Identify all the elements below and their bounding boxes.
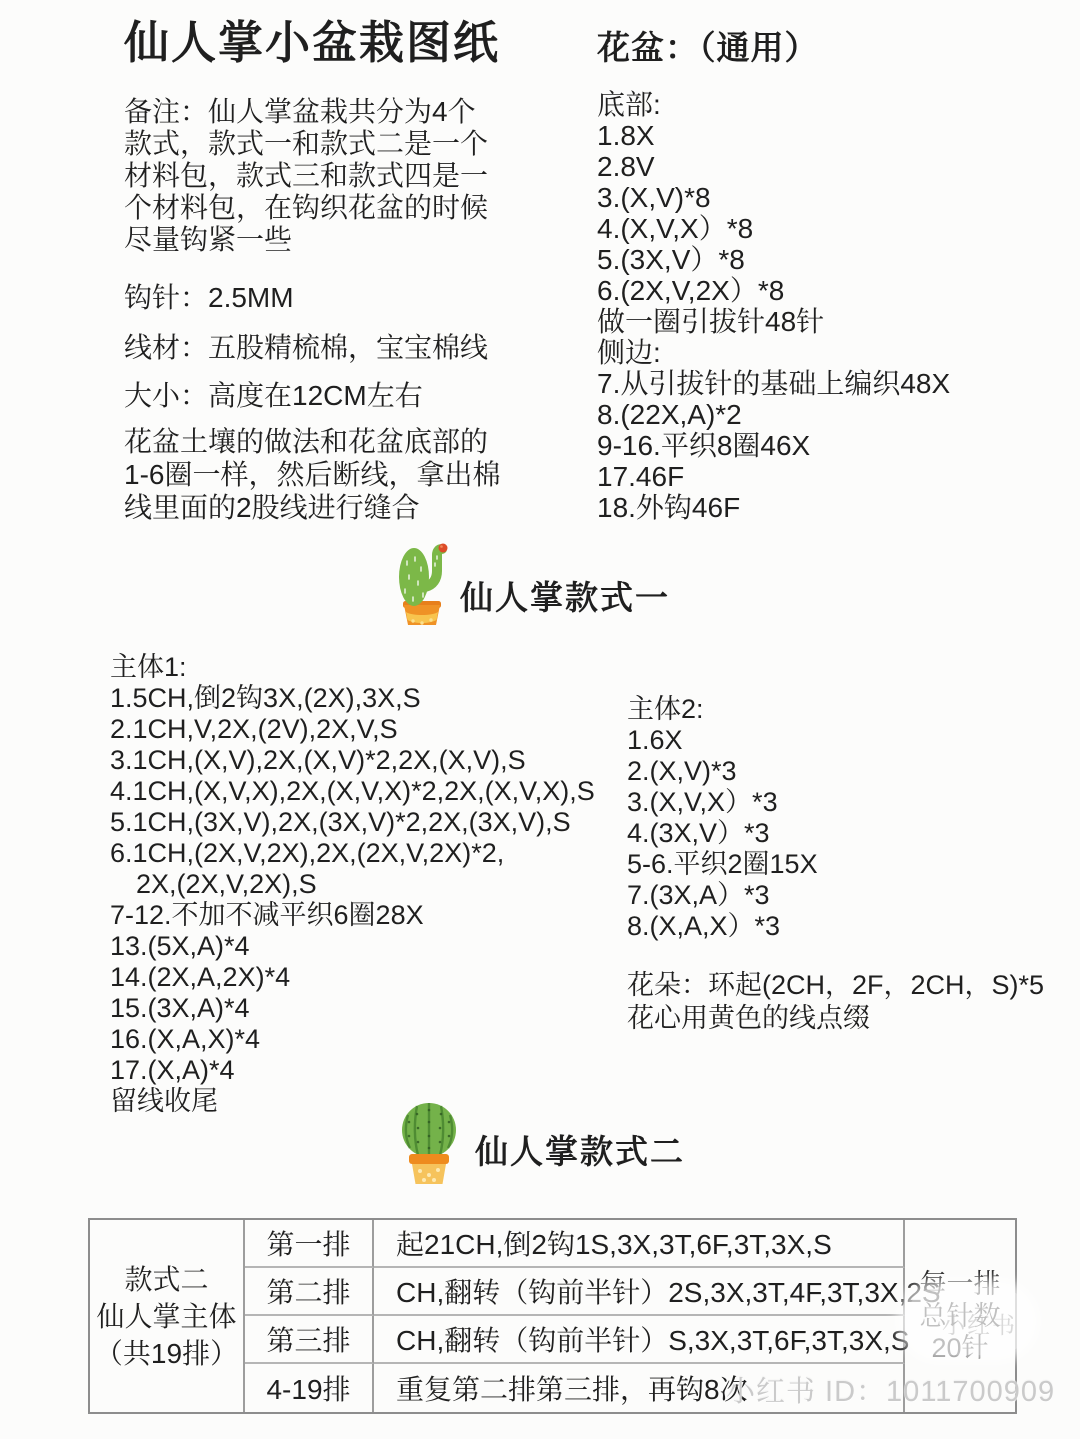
group-label-line: 仙人掌主体	[96, 1298, 236, 1335]
pattern-page: 仙人掌小盆栽图纸 花盆：（通用） 备注：仙人掌盆栽共分为4个 款式，款式一和款式…	[0, 0, 1080, 1439]
intro-notes: 备注：仙人掌盆栽共分为4个 款式，款式一和款式二是一个 材料包，款式三和款式四是…	[124, 96, 488, 256]
table-row-instruction: 起21CH,倒2钩1S,3X,3T,6F,3T,3X,S	[374, 1220, 905, 1268]
table-row-name: 第三排	[245, 1316, 374, 1364]
pot-line: 3.(X,V)*8	[597, 182, 950, 213]
table-row-name: 4-19排	[245, 1364, 374, 1412]
body2-line: 3.(X,V,X）*3	[627, 787, 818, 818]
pot-instructions: 底部: 1.8X 2.8V 3.(X,V)*8 4.(X,V,X）*8 5.(3…	[597, 89, 950, 523]
body2-line: 7.(3X,A）*3	[627, 880, 818, 911]
body1-line: 3.1CH,(X,V),2X,(X,V)*2,2X,(X,V),S	[110, 745, 595, 776]
body1-line: 4.1CH,(X,V,X),2X,(X,V,X)*2,2X,(X,V,X),S	[110, 776, 595, 807]
pot-line: 8.(22X,A)*2	[597, 399, 950, 430]
cactus-round-icon	[396, 1096, 462, 1186]
table-row-instruction: CH,翻转（钩前半针）S,3X,3T,6F,3T,3X,S	[374, 1316, 905, 1364]
body1-line: 2.1CH,V,2X,(2V),2X,V,S	[110, 714, 595, 745]
spec-hook: 钩针：2.5MM	[124, 276, 294, 316]
body1-line: 6.1CH,(2X,V,2X),2X,(2X,V,2X)*2,	[110, 838, 595, 869]
note-line: 备注：仙人掌盆栽共分为4个	[124, 96, 488, 128]
table-group-label: 款式二 仙人掌主体 （共19排）	[90, 1220, 245, 1412]
spec-size: 大小：高度在12CM左右	[124, 374, 423, 414]
body1-line: 16.(X,A,X)*4	[110, 1024, 595, 1055]
note-line: 个材料包，在钩织花盆的时候	[124, 192, 488, 224]
group-label-line: 款式二	[124, 1261, 208, 1298]
pot-section-title: 花盆：（通用）	[597, 22, 819, 69]
flower-note: 花朵：环起(2CH，2F，2CH，S)*5 花心用黄色的线点缀	[627, 969, 1044, 1035]
pot-line: 5.(3X,V）*8	[597, 244, 950, 275]
pot-line: 17.46F	[597, 461, 950, 492]
body2-line: 4.(3X,V）*3	[627, 818, 818, 849]
body1-line: 17.(X,A)*4	[110, 1055, 595, 1086]
style1-heading: 仙人掌款式一	[460, 572, 670, 619]
spec-yarn: 线材：五股精梳棉，宝宝棉线	[124, 326, 488, 366]
body1-line: 留线收尾	[110, 1086, 595, 1117]
pot-line: 6.(2X,V,2X）*8	[597, 275, 950, 306]
soil-note: 花盆土壤的做法和花盆底部的 1-6圈一样，然后断线，拿出棉 线里面的2股线进行缝…	[124, 425, 500, 524]
body1-line: 主体1:	[110, 652, 595, 683]
soil-line: 花盆土壤的做法和花盆底部的	[124, 425, 500, 458]
body2-line: 主体2:	[627, 694, 818, 725]
flower-line: 花朵：环起(2CH，2F，2CH，S)*5	[627, 969, 1044, 1002]
note-line: 尽量钩紧一些	[124, 224, 488, 256]
watermark-id: 小红书 ID：1011700909	[726, 1369, 1055, 1410]
pot-line: 1.8X	[597, 120, 950, 151]
style2-heading: 仙人掌款式二	[475, 1126, 685, 1173]
body1-line: 7-12.不加不减平织6圈28X	[110, 900, 595, 931]
group-label-line: （共19排）	[95, 1335, 238, 1372]
pot-line: 做一圈引拔针48针	[597, 306, 950, 337]
pot-line: 2.8V	[597, 151, 950, 182]
pot-line: 4.(X,V,X）*8	[597, 213, 950, 244]
style1-body2: 主体2: 1.6X 2.(X,V)*3 3.(X,V,X）*3 4.(3X,V）…	[627, 694, 818, 942]
note-line: 款式，款式一和款式二是一个	[124, 128, 488, 160]
note-line: 材料包，款式三和款式四是一	[124, 160, 488, 192]
body1-line: 5.1CH,(3X,V),2X,(3X,V)*2,2X,(3X,V),S	[110, 807, 595, 838]
table-row-name: 第一排	[245, 1220, 374, 1268]
pot-line: 18.外钩46F	[597, 492, 950, 523]
page-title: 仙人掌小盆栽图纸	[124, 6, 500, 71]
body1-line: 2X,(2X,V,2X),S	[110, 869, 595, 900]
soil-line: 1-6圈一样，然后断线，拿出棉	[124, 458, 500, 491]
soil-line: 线里面的2股线进行缝合	[124, 491, 500, 524]
pot-line: 7.从引拔针的基础上编织48X	[597, 368, 950, 399]
body1-line: 1.5CH,倒2钩3X,(2X),3X,S	[110, 683, 595, 714]
flower-line: 花心用黄色的线点缀	[627, 1002, 1044, 1035]
pot-line: 底部:	[597, 89, 950, 120]
body2-line: 1.6X	[627, 725, 818, 756]
body2-line: 2.(X,V)*3	[627, 756, 818, 787]
body1-line: 15.(3X,A)*4	[110, 993, 595, 1024]
style1-body1: 主体1: 1.5CH,倒2钩3X,(2X),3X,S 2.1CH,V,2X,(2…	[110, 652, 595, 1117]
body1-line: 13.(5X,A)*4	[110, 931, 595, 962]
pot-line: 侧边:	[597, 337, 950, 368]
cactus-tall-icon	[391, 541, 453, 627]
table-row-name: 第二排	[245, 1268, 374, 1316]
body2-line: 5-6.平织2圈15X	[627, 849, 818, 880]
watermark-capsule-text: 小红书	[942, 1307, 1017, 1340]
body2-line: 8.(X,A,X）*3	[627, 911, 818, 942]
pot-line: 9-16.平织8圈46X	[597, 430, 950, 461]
table-row-instruction: CH,翻转（钩前半针）2S,3X,3T,4F,3T,3X,2S	[374, 1268, 905, 1316]
watermark-capsule: 小红书	[905, 1287, 1031, 1355]
body1-line: 14.(2X,A,2X)*4	[110, 962, 595, 993]
